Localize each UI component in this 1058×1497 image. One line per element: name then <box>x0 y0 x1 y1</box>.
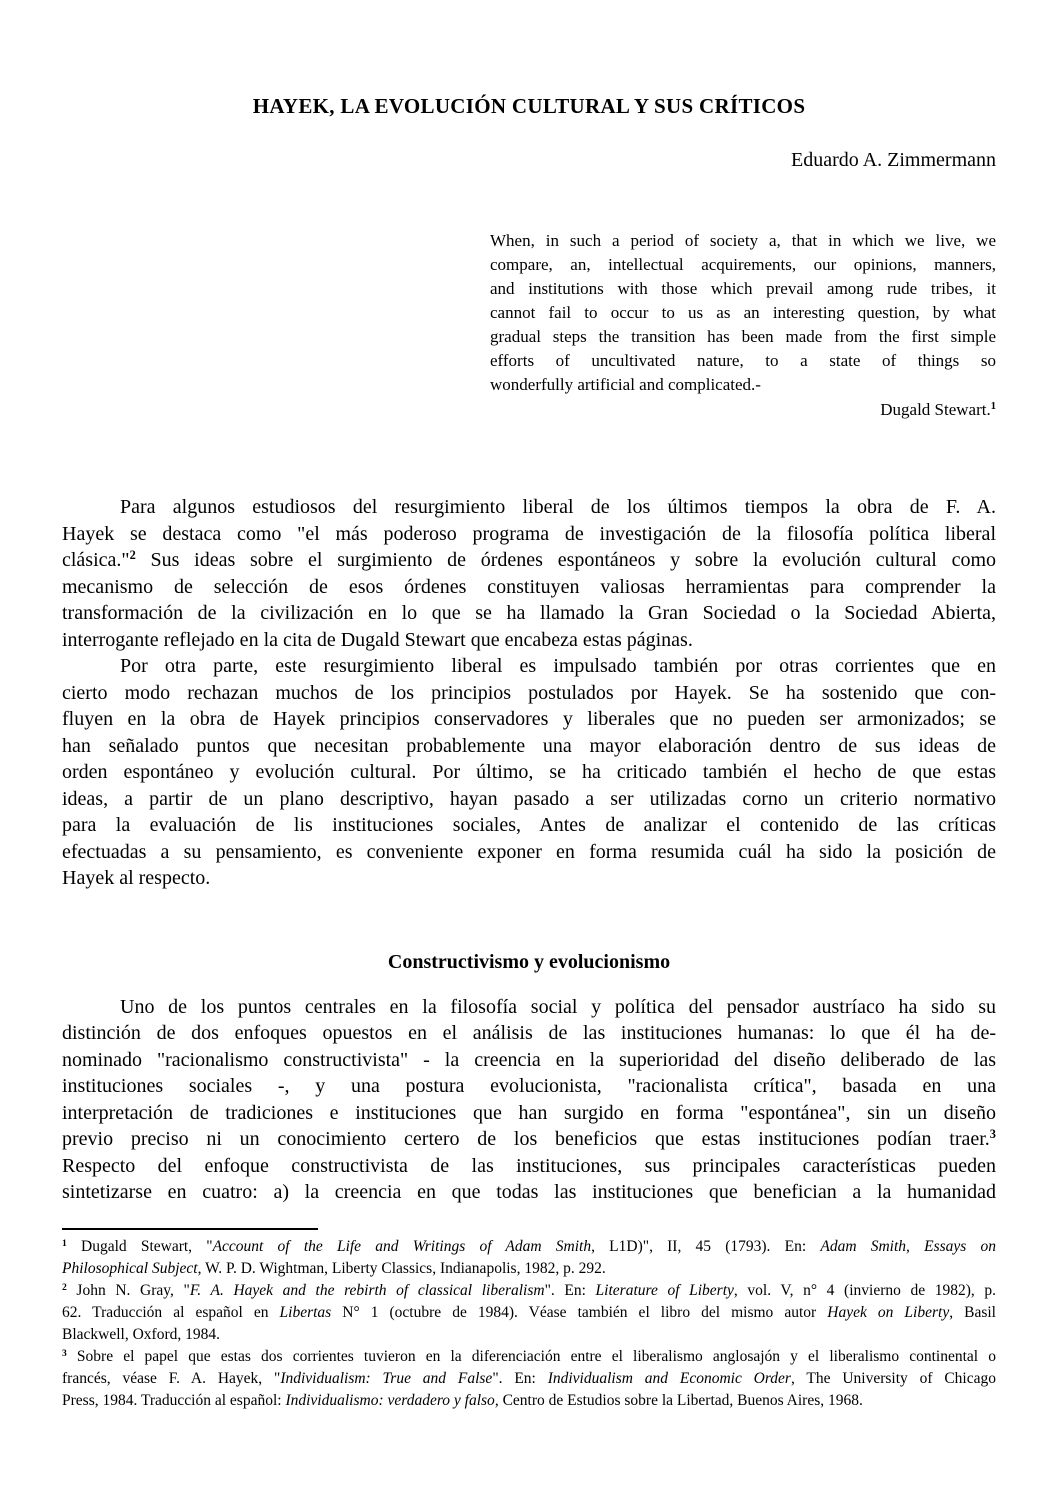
epigraph-quote: When, in such a period of society a, tha… <box>490 229 996 422</box>
text-line: para la evaluación de lis instituciones … <box>62 812 996 839</box>
text-line: 1 Dugald Stewart, "Account of the Life a… <box>62 1236 996 1258</box>
document-title: HAYEK, LA EVOLUCIÓN CULTURAL Y SUS CRÍTI… <box>0 92 1058 120</box>
text-line: compare, an, intellectual acquirements, … <box>490 253 996 277</box>
text-line: previo preciso ni un conocimiento certer… <box>62 1126 996 1153</box>
text-line: efforts of uncultivated nature, to a sta… <box>490 349 996 373</box>
text-line: Hayek al respecto. <box>62 865 996 892</box>
text-line: sintetizarse en cuatro: a) la creencia e… <box>62 1179 996 1206</box>
text-line: ideas, a partir de un plano descriptivo,… <box>62 786 996 813</box>
footnote-2: 2 John N. Gray, "F. A. Hayek and the reb… <box>62 1280 996 1346</box>
author-name: Eduardo A. Zimmermann <box>791 147 996 173</box>
document-page: HAYEK, LA EVOLUCIÓN CULTURAL Y SUS CRÍTI… <box>0 0 1058 1497</box>
text-line: Respecto del enfoque constructivista de … <box>62 1153 996 1180</box>
text-line: orden espontáneo y evolución cultural. P… <box>62 759 996 786</box>
text-line: mecanismo de selección de esos órdenes c… <box>62 574 996 601</box>
footnotes-section: 1 Dugald Stewart, "Account of the Life a… <box>62 1228 996 1412</box>
text-line: distinción de dos enfoques opuestos en e… <box>62 1020 996 1047</box>
text-line: clásica."2 Sus ideas sobre el surgimient… <box>62 547 996 574</box>
text-line: gradual steps the transition has been ma… <box>490 325 996 349</box>
epigraph-lines: When, in such a period of society a, tha… <box>490 229 996 397</box>
text-line: 2 John N. Gray, "F. A. Hayek and the reb… <box>62 1280 996 1302</box>
paragraph-1: Para algunos estudiosos del resurgimient… <box>62 494 996 653</box>
text-line: efectuadas a su pensamiento, es convenie… <box>62 839 996 866</box>
text-line: transformación de la civilización en lo … <box>62 600 996 627</box>
text-line: Philosophical Subject, W. P. D. Wightman… <box>62 1258 996 1280</box>
paragraph-2: Por otra parte, este resurgimiento liber… <box>62 653 996 892</box>
epigraph-attribution: Dugald Stewart.1 <box>490 398 996 422</box>
paragraph-3: Uno de los puntos centrales en la filoso… <box>62 994 996 1206</box>
footnote-3: 3 Sobre el papel que estas dos corriente… <box>62 1346 996 1412</box>
text-line: fluyen en la obra de Hayek principios co… <box>62 706 996 733</box>
text-line: Por otra parte, este resurgimiento liber… <box>62 653 996 680</box>
text-line: cannot fail to occur to us as an interes… <box>490 301 996 325</box>
text-line: Hayek se destaca como "el más poderoso p… <box>62 521 996 548</box>
document-body: Para algunos estudiosos del resurgimient… <box>62 494 996 1206</box>
footnote-separator <box>62 1228 318 1230</box>
text-line: When, in such a period of society a, tha… <box>490 229 996 253</box>
text-line: han señalado puntos que necesitan probab… <box>62 733 996 760</box>
text-line: interrogante reflejado en la cita de Dug… <box>62 627 996 654</box>
text-line: Para algunos estudiosos del resurgimient… <box>62 494 996 521</box>
text-line: nominado "racionalismo constructivista" … <box>62 1047 996 1074</box>
text-line: 62. Traducción al español en Libertas N°… <box>62 1302 996 1324</box>
text-line: wonderfully artificial and complicated.- <box>490 373 996 397</box>
text-line: Press, 1984. Traducción al español: Indi… <box>62 1390 996 1412</box>
text-line: 3 Sobre el papel que estas dos corriente… <box>62 1346 996 1368</box>
text-line: interpretación de tradiciones e instituc… <box>62 1100 996 1127</box>
footnote-1: 1 Dugald Stewart, "Account of the Life a… <box>62 1236 996 1280</box>
section-heading: Constructivismo y evolucionismo <box>62 948 996 976</box>
text-line: Blackwell, Oxford, 1984. <box>62 1324 996 1346</box>
text-line: Uno de los puntos centrales en la filoso… <box>62 994 996 1021</box>
text-line: and institutions with those which prevai… <box>490 277 996 301</box>
text-line: francés, véase F. A. Hayek, "Individuali… <box>62 1368 996 1390</box>
text-line: instituciones sociales -, y una postura … <box>62 1073 996 1100</box>
text-line: cierto modo rechazan muchos de los princ… <box>62 680 996 707</box>
